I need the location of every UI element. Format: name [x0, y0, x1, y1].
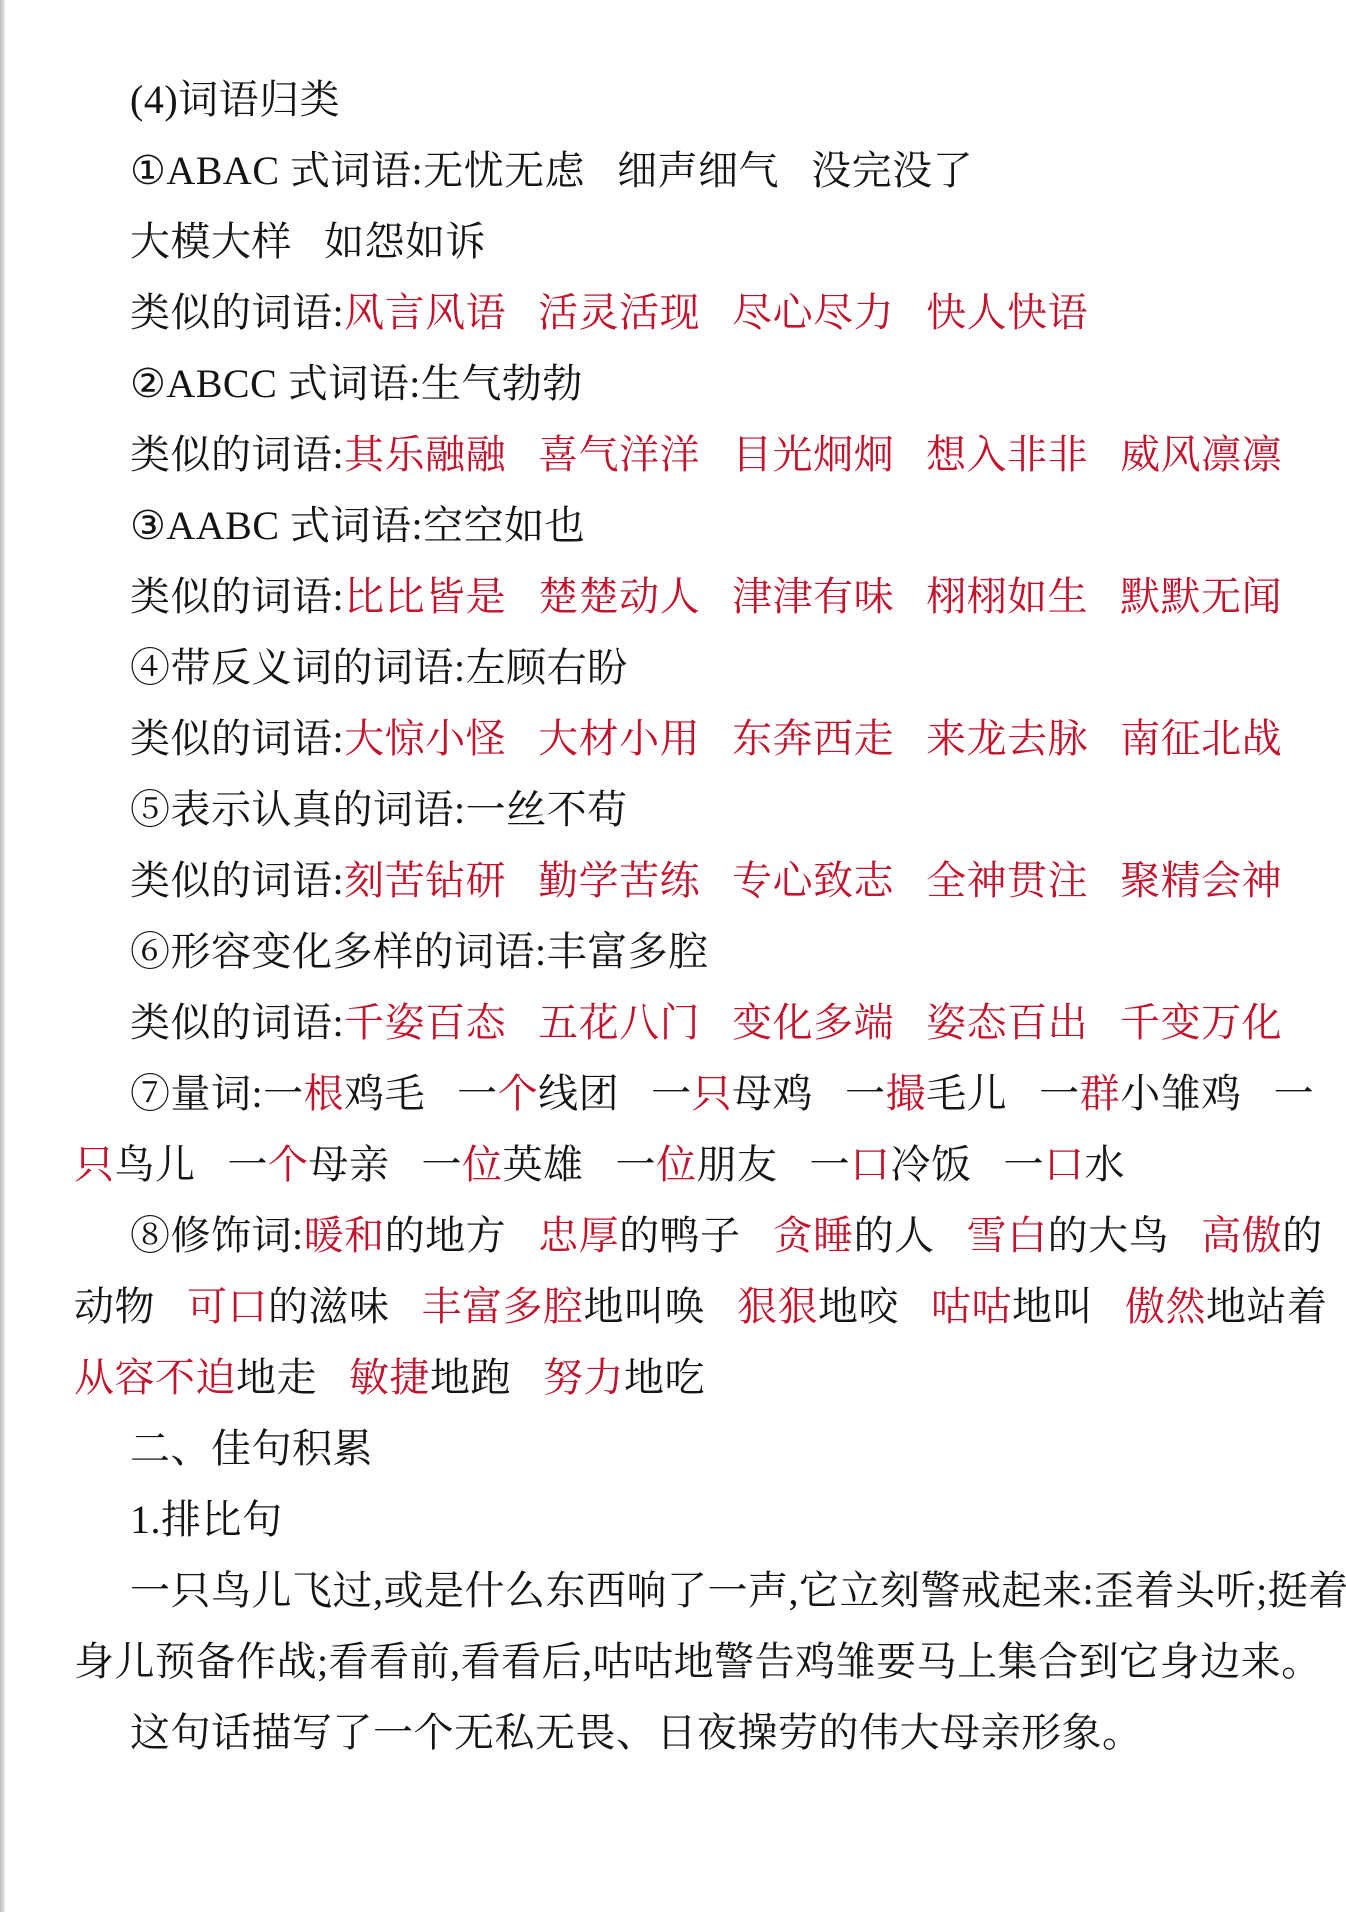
highlighted-word: 个: [498, 1071, 539, 1116]
highlighted-word: 变化多端: [732, 1000, 894, 1045]
highlighted-word: 丰富多腔: [422, 1284, 584, 1329]
highlighted-word: 其乐融融: [344, 432, 506, 477]
text-segment: 的: [1282, 1213, 1323, 1258]
text-segment: 一: [422, 1142, 463, 1187]
highlighted-word: 贪睡: [773, 1213, 854, 1258]
text-segment: 地走: [236, 1355, 317, 1400]
text-line: 一只鸟儿飞过,或是什么东西响了一声,它立刻警戒起来:歪着头听;挺着: [74, 1555, 1296, 1626]
text-segment: ②ABCC 式词语:生气勃勃: [130, 361, 583, 406]
highlighted-word: 活灵活现: [538, 290, 700, 335]
text-segment: 类似的词语:: [130, 716, 344, 761]
text-segment: ⑥形容变化多样的词语:丰富多腔: [130, 929, 709, 974]
text-segment: 的大鸟: [1048, 1213, 1170, 1258]
text-segment: 动物: [74, 1284, 155, 1329]
document-page: (4)词语归类①ABAC 式词语:无忧无虑细声细气没完没了大模大样如怨如诉类似的…: [0, 0, 1346, 1912]
highlighted-word: 风言风语: [344, 290, 506, 335]
highlighted-word: 比比皆是: [344, 574, 506, 619]
text-segment: 冷饭: [891, 1142, 972, 1187]
highlighted-word: 群: [1080, 1071, 1121, 1116]
highlighted-word: 五花八门: [538, 1000, 700, 1045]
text-segment: 类似的词语:: [130, 1000, 344, 1045]
highlighted-word: 目光炯炯: [732, 432, 894, 477]
highlighted-word: 南征北战: [1120, 716, 1282, 761]
text-segment: 身儿预备作战;看看前,看看后,咕咕地警告鸡雏要马上集合到它身边来。: [74, 1639, 1322, 1684]
highlighted-word: 尽心尽力: [732, 290, 894, 335]
text-segment: 地吃: [624, 1355, 705, 1400]
text-segment: 这句话描写了一个无私无畏、日夜操劳的伟大母亲形象。: [130, 1710, 1143, 1755]
highlighted-word: 楚楚动人: [538, 574, 700, 619]
highlighted-word: 千变万化: [1120, 1000, 1282, 1045]
highlighted-word: 暖和: [304, 1213, 385, 1258]
highlighted-word: 津津有味: [732, 574, 894, 619]
highlighted-word: 勤学苦练: [538, 858, 700, 903]
highlighted-word: 位: [462, 1142, 503, 1187]
highlighted-word: 咕咕: [931, 1284, 1012, 1329]
text-segment: 水: [1085, 1142, 1126, 1187]
text-segment: 一: [651, 1071, 692, 1116]
text-segment: 地站着: [1206, 1284, 1328, 1329]
text-line: 类似的词语:刻苦钻研勤学苦练专心致志全神贯注聚精会神: [74, 845, 1296, 916]
text-segment: 英雄: [503, 1142, 584, 1187]
text-segment: 朋友: [697, 1142, 778, 1187]
text-segment: 小雏鸡: [1120, 1071, 1242, 1116]
highlighted-word: 努力: [543, 1355, 624, 1400]
text-line: 类似的词语:大惊小怪大材小用东奔西走来龙去脉南征北战: [74, 703, 1296, 774]
highlighted-word: 聚精会神: [1120, 858, 1282, 903]
text-line: (4)词语归类: [74, 64, 1296, 135]
highlighted-word: 只: [692, 1071, 733, 1116]
text-segment: 的人: [854, 1213, 935, 1258]
text-segment: 鸟儿: [115, 1142, 196, 1187]
text-line: 类似的词语:比比皆是楚楚动人津津有味栩栩如生默默无闻: [74, 561, 1296, 632]
text-line: 这句话描写了一个无私无畏、日夜操劳的伟大母亲形象。: [74, 1697, 1296, 1768]
text-segment: 一: [810, 1142, 851, 1187]
text-segment: (4)词语归类: [130, 77, 340, 122]
highlighted-word: 位: [656, 1142, 697, 1187]
scan-edge: [0, 0, 5, 1912]
highlighted-word: 口: [850, 1142, 891, 1187]
highlighted-word: 想入非非: [926, 432, 1088, 477]
text-segment: 类似的词语:: [130, 290, 344, 335]
text-segment: ①ABAC 式词语:无忧无虑: [130, 148, 585, 193]
text-line: 从容不迫地走敏捷地跑努力地吃: [74, 1342, 1296, 1413]
highlighted-word: 可口: [187, 1284, 268, 1329]
text-line: ⑤表示认真的词语:一丝不苟: [74, 774, 1296, 845]
text-line: 二、佳句积累: [74, 1413, 1296, 1484]
highlighted-word: 来龙去脉: [926, 716, 1088, 761]
text-line: 类似的词语:千姿百态五花八门变化多端姿态百出千变万化: [74, 987, 1296, 1058]
highlighted-word: 高傲: [1201, 1213, 1282, 1258]
text-line: 只鸟儿一个母亲一位英雄一位朋友一口冷饭一口水: [74, 1129, 1296, 1200]
highlighted-word: 专心致志: [732, 858, 894, 903]
text-segment: 母亲: [309, 1142, 390, 1187]
text-line: 身儿预备作战;看看前,看看后,咕咕地警告鸡雏要马上集合到它身边来。: [74, 1626, 1296, 1697]
text-segment: 线团: [538, 1071, 619, 1116]
highlighted-word: 口: [1044, 1142, 1085, 1187]
text-line: 类似的词语:其乐融融喜气洋洋目光炯炯想入非非威风凛凛: [74, 419, 1296, 490]
text-line: ④带反义词的词语:左顾右盼: [74, 632, 1296, 703]
text-segment: 地咬: [818, 1284, 899, 1329]
highlighted-word: 个: [268, 1142, 309, 1187]
text-segment: 一: [616, 1142, 657, 1187]
text-line: ⑦量词:一根鸡毛一个线团一只母鸡一撮毛儿一群小雏鸡一: [74, 1058, 1296, 1129]
text-segment: 的地方: [385, 1213, 507, 1258]
text-segment: 母鸡: [732, 1071, 813, 1116]
text-segment: 一: [1004, 1142, 1045, 1187]
text-line: ⑧修饰词:暖和的地方忠厚的鸭子贪睡的人雪白的大鸟高傲的: [74, 1200, 1296, 1271]
text-segment: ④带反义词的词语:左顾右盼: [130, 645, 628, 690]
text-segment: 1.排比句: [130, 1497, 283, 1542]
text-segment: ⑦量词:一: [130, 1071, 304, 1116]
document-content: (4)词语归类①ABAC 式词语:无忧无虑细声细气没完没了大模大样如怨如诉类似的…: [74, 64, 1296, 1768]
highlighted-word: 全神贯注: [926, 858, 1088, 903]
highlighted-word: 雪白: [967, 1213, 1048, 1258]
text-segment: 一只鸟儿飞过,或是什么东西响了一声,它立刻警戒起来:歪着头听;挺着: [130, 1568, 1346, 1613]
text-segment: ⑧修饰词:: [130, 1213, 304, 1258]
text-line: ⑥形容变化多样的词语:丰富多腔: [74, 916, 1296, 987]
text-segment: 的鸭子: [619, 1213, 741, 1258]
text-segment: ⑤表示认真的词语:一丝不苟: [130, 787, 628, 832]
text-segment: 一: [845, 1071, 886, 1116]
text-line: ②ABCC 式词语:生气勃勃: [74, 348, 1296, 419]
text-segment: 大模大样: [130, 219, 292, 264]
highlighted-word: 傲然: [1125, 1284, 1206, 1329]
text-line: ③AABC 式词语:空空如也: [74, 490, 1296, 561]
highlighted-word: 狠狠: [737, 1284, 818, 1329]
highlighted-word: 撮: [886, 1071, 927, 1116]
highlighted-word: 栩栩如生: [926, 574, 1088, 619]
text-segment: 类似的词语:: [130, 574, 344, 619]
highlighted-word: 从容不迫: [74, 1355, 236, 1400]
highlighted-word: 喜气洋洋: [538, 432, 700, 477]
highlighted-word: 默默无闻: [1120, 574, 1282, 619]
text-segment: 毛儿: [926, 1071, 1007, 1116]
text-segment: 如怨如诉: [324, 219, 486, 264]
highlighted-word: 千姿百态: [344, 1000, 506, 1045]
text-segment: 一: [1039, 1071, 1080, 1116]
highlighted-word: 快人快语: [926, 290, 1088, 335]
highlighted-word: 忠厚: [538, 1213, 619, 1258]
text-line: 类似的词语:风言风语活灵活现尽心尽力快人快语: [74, 277, 1296, 348]
highlighted-word: 威风凛凛: [1120, 432, 1282, 477]
text-segment: 地叫唤: [584, 1284, 706, 1329]
text-segment: 地叫: [1012, 1284, 1093, 1329]
highlighted-word: 大材小用: [538, 716, 700, 761]
text-segment: 没完没了: [811, 148, 973, 193]
text-line: 大模大样如怨如诉: [74, 206, 1296, 277]
text-segment: 一: [457, 1071, 498, 1116]
text-segment: 二、佳句积累: [130, 1426, 373, 1471]
text-segment: 类似的词语:: [130, 858, 344, 903]
page-background: { "page": { "background_color": "#ffffff…: [0, 0, 1346, 1912]
highlighted-word: 敏捷: [349, 1355, 430, 1400]
highlighted-word: 根: [304, 1071, 345, 1116]
text-line: 动物可口的滋味丰富多腔地叫唤狠狠地咬咕咕地叫傲然地站着: [74, 1271, 1296, 1342]
text-segment: 细声细气: [617, 148, 779, 193]
text-segment: ③AABC 式词语:空空如也: [130, 503, 585, 548]
text-segment: 一: [228, 1142, 269, 1187]
highlighted-word: 只: [74, 1142, 115, 1187]
highlighted-word: 刻苦钻研: [344, 858, 506, 903]
text-segment: 的滋味: [268, 1284, 390, 1329]
text-segment: 一: [1274, 1071, 1315, 1116]
highlighted-word: 姿态百出: [926, 1000, 1088, 1045]
text-line: 1.排比句: [74, 1484, 1296, 1555]
text-line: ①ABAC 式词语:无忧无虑细声细气没完没了: [74, 135, 1296, 206]
text-segment: 类似的词语:: [130, 432, 344, 477]
text-segment: 鸡毛: [344, 1071, 425, 1116]
highlighted-word: 东奔西走: [732, 716, 894, 761]
highlighted-word: 大惊小怪: [344, 716, 506, 761]
text-segment: 地跑: [430, 1355, 511, 1400]
